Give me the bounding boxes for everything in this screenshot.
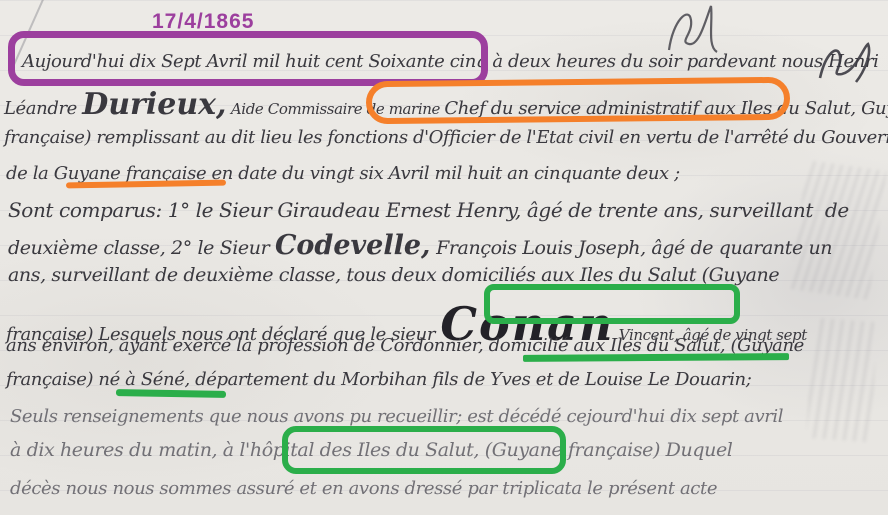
manuscript-text: à dix heures du matin, à bbox=[10, 440, 239, 461]
manuscript-text: Aujourd'hui dix Sept Avril mil huit cent… bbox=[22, 52, 879, 72]
manuscript-text: (Guyane bbox=[725, 336, 804, 356]
manuscript-text: deuxième classe, 2° le Sieur bbox=[8, 238, 275, 259]
manuscript-line-3: française) remplissant au dit lieu les f… bbox=[4, 128, 888, 148]
manuscript-text: ans, surveillant de deuxième classe, tou… bbox=[8, 265, 779, 286]
manuscript-text: l'hôpital des Iles du Salut, bbox=[239, 440, 479, 461]
manuscript-line-4: de la Guyane française en date du vingt … bbox=[6, 164, 680, 184]
manuscript-text: département du Morbihan fils de Yves et … bbox=[190, 370, 752, 390]
manuscript-text: française) bbox=[6, 370, 98, 390]
manuscript-text: décès nous nous sommes assuré et en avon… bbox=[10, 479, 717, 499]
manuscript-text: François Louis Joseph, âgé de quarante u… bbox=[430, 238, 832, 259]
manuscript-text: de la bbox=[6, 164, 54, 184]
manuscript-text: né à Séné, bbox=[98, 370, 189, 390]
manuscript-line-13: décès nous nous sommes assuré et en avon… bbox=[10, 479, 717, 499]
manuscript-text: Aide Commissaire de marine bbox=[227, 101, 445, 118]
manuscript-line-12: à dix heures du matin, à l'hôpital des I… bbox=[10, 440, 732, 461]
manuscript-text: Chef du service administratif aux Iles d… bbox=[444, 99, 855, 119]
manuscript-text: Durieux, bbox=[82, 88, 226, 121]
manuscript-line-1: Aujourd'hui dix Sept Avril mil huit cent… bbox=[22, 52, 879, 72]
manuscript-line-5: Sont comparus: 1° le Sieur Giraudeau Ern… bbox=[8, 199, 849, 221]
manuscript-text: Léandre bbox=[4, 99, 82, 119]
manuscript-text: Guyane française bbox=[54, 164, 207, 184]
manuscript: Aujourd'hui dix Sept Avril mil huit cent… bbox=[0, 0, 888, 515]
manuscript-line-11: Seuls renseignements que nous avons pu r… bbox=[10, 407, 783, 427]
manuscript-text: française) remplissant au dit lieu les f… bbox=[4, 128, 888, 148]
manuscript-text: (Guyane française) Duquel bbox=[479, 440, 732, 461]
manuscript-line-6: deuxième classe, 2° le Sieur Codevelle, … bbox=[8, 231, 832, 261]
manuscript-text: Sont comparus: 1° le Sieur Giraudeau Ern… bbox=[8, 199, 849, 221]
manuscript-text: en date du vingt six Avril mil huit an c… bbox=[206, 164, 680, 184]
manuscript-text: domicilié aux Iles du Salut, bbox=[489, 336, 726, 356]
manuscript-line-10: française) né à Séné, département du Mor… bbox=[6, 370, 751, 390]
manuscript-line-2: Léandre Durieux, Aide Commissaire de mar… bbox=[4, 88, 888, 121]
manuscript-line-9: ans environ, ayant exercé la profession … bbox=[6, 336, 804, 356]
manuscript-text: Seuls renseignements que nous avons pu r… bbox=[10, 407, 783, 427]
manuscript-text: Guyane bbox=[856, 99, 888, 119]
manuscript-line-7: ans, surveillant de deuxième classe, tou… bbox=[8, 265, 779, 286]
manuscript-text: Codevelle, bbox=[275, 231, 431, 261]
manuscript-text: ans environ, ayant exercé la profession … bbox=[6, 336, 489, 356]
